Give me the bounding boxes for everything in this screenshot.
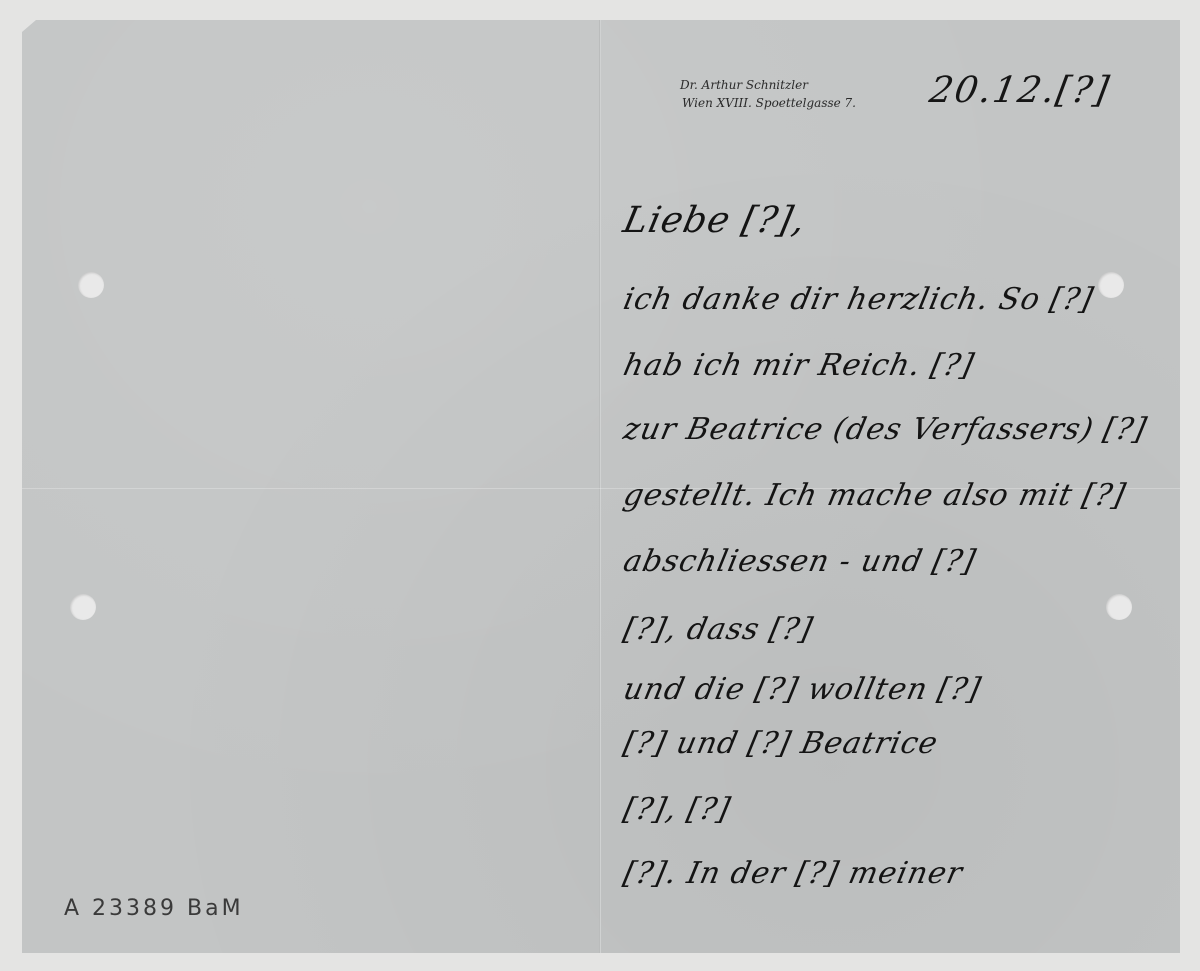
handwritten-line: hab ich mir Reich. [?] [620,348,1173,383]
handwritten-line: ich danke dir herzlich. So [?] [620,282,1173,317]
handwritten-line: und die [?] wollten [?] [620,672,1173,707]
handwritten-line: [?], [?] [620,792,1173,827]
punch-hole-bottom-right [1106,594,1132,620]
punch-hole-top-left [78,272,104,298]
handwritten-line: Liebe [?], [620,200,1175,241]
left-page: A 23389 BaM [22,20,600,953]
handwritten-line: abschliessen - und [?] [620,544,1173,579]
letter-sheet: A 23389 BaM Dr. Arthur Schnitzler Wien X… [22,20,1180,953]
punch-hole-bottom-left [70,594,96,620]
handwritten-line: [?]. In der [?] meiner [620,856,1173,891]
letterhead-name: Dr. Arthur Schnitzler [680,76,856,94]
archive-mark: A 23389 BaM [64,896,244,921]
right-page: Dr. Arthur Schnitzler Wien XVIII. Spoett… [600,20,1180,953]
handwritten-line: [?], dass [?] [620,612,1173,647]
punch-hole-top-right [1098,272,1124,298]
handwritten-line: [?] und [?] Beatrice [620,726,1173,761]
handwritten-line: zur Beatrice (des Verfassers) [?] [620,412,1173,447]
handwritten-line: gestellt. Ich mache also mit [?] [620,478,1173,513]
letterhead-address: Wien XVIII. Spoettelgasse 7. [680,94,856,112]
letterhead: Dr. Arthur Schnitzler Wien XVIII. Spoett… [680,76,856,112]
letter-date: 20.12.[?] [926,70,1113,111]
